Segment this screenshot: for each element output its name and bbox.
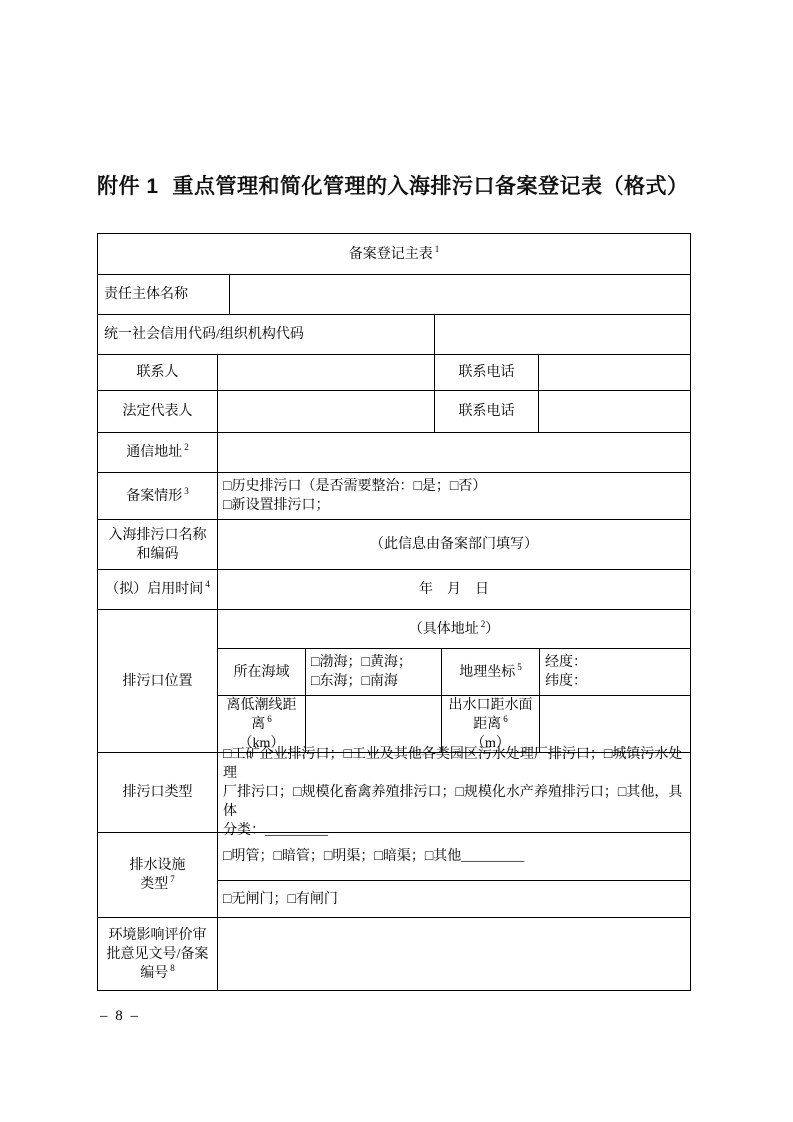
field-start-time: 年 月 日 — [217, 570, 690, 609]
label-legal-phone: 联系电话 — [434, 391, 538, 432]
label-start-time: （拟）启用时间4 — [98, 570, 217, 609]
row-responsible-entity: 责任主体名称 — [98, 274, 690, 314]
page-number: – 8 – — [100, 1008, 691, 1025]
row-drainage-type: 排水设施 类型7 □明管；□暗管；□明渠；□暗渠；□其他_________ □无… — [98, 832, 690, 917]
footnote-ref-4: 4 — [205, 579, 210, 589]
field-sea-area-options: □渤海；□黄海； □东海；□南海 — [305, 649, 441, 695]
label-contact: 联系人 — [98, 355, 217, 390]
label-outlet-type: 排污口类型 — [98, 753, 217, 832]
footnote-ref-6: 6 — [267, 714, 272, 724]
location-address-note: （具体地址2） — [218, 610, 690, 648]
label-filing-situation: 备案情形3 — [98, 473, 217, 519]
field-contact-phone — [538, 355, 690, 390]
row-legal-representative: 法定代表人 联系电话 — [98, 390, 690, 432]
document-page: 附件 1重点管理和简化管理的入海排污口备案登记表（格式） 备案登记主表1 责任主… — [0, 0, 691, 1025]
field-credit-code — [434, 315, 690, 354]
field-eia-number — [217, 918, 690, 990]
drainage-row-pipes: □明管；□暗管；□明渠；□暗渠；□其他_________ — [218, 833, 690, 880]
footnote-ref-5: 5 — [517, 662, 522, 672]
field-drainage-gate: □无闸门；□有闸门 — [218, 881, 690, 918]
label-outlet-location: 排污口位置 — [98, 610, 217, 752]
row-outlet-name: 入海排污口名称 和编码 （此信息由备案部门填写） — [98, 519, 690, 569]
outlet-type-line2: 厂排污口；□规模化畜禽养殖排污口；□规模化水产养殖排污口；□其他，具体 — [223, 783, 685, 821]
label-credit-code: 统一社会信用代码/组织机构代码 — [98, 315, 434, 354]
filing-option-new: □新设置排污口； — [223, 496, 685, 515]
location-sea-row: 所在海域 □渤海；□黄海； □东海；□南海 地理坐标5 经度： 纬度： — [218, 648, 690, 695]
outlet-type-line1: □工矿企业排污口；□工业及其他各类园区污水处理厂排污口；□城镇污水处理 — [223, 745, 685, 783]
footnote-ref-6b: 6 — [503, 714, 508, 724]
footnote-ref-8: 8 — [170, 963, 175, 973]
label-geo-coords: 地理坐标5 — [441, 649, 539, 695]
label-drainage-type: 排水设施 类型7 — [98, 833, 217, 917]
row-table-header: 备案登记主表1 — [98, 234, 690, 274]
label-sea-area: 所在海域 — [218, 649, 305, 695]
footnote-ref-3: 3 — [184, 486, 189, 496]
outlet-location-detail: （具体地址2） 所在海域 □渤海；□黄海； □东海；□南海 地理坐标5 经度： … — [217, 610, 690, 752]
row-credit-code: 统一社会信用代码/组织机构代码 — [98, 314, 690, 354]
row-outlet-type: 排污口类型 □工矿企业排污口；□工业及其他各类园区污水处理厂排污口；□城镇污水处… — [98, 752, 690, 832]
attachment-label: 附件 1 — [97, 175, 159, 198]
drainage-row-gate: □无闸门；□有闸门 — [218, 880, 690, 918]
longitude-label: 经度： — [545, 653, 685, 672]
footnote-ref-2: 2 — [184, 442, 189, 452]
table-header-cell: 备案登记主表1 — [98, 234, 690, 274]
label-contact-phone: 联系电话 — [434, 355, 538, 390]
registration-table: 备案登记主表1 责任主体名称 统一社会信用代码/组织机构代码 联系人 联系电话 … — [97, 233, 691, 991]
location-address-row: （具体地址2） — [218, 610, 690, 648]
latitude-label: 纬度： — [545, 672, 685, 691]
label-eia-number: 环境影响评价审 批意见文号/备案 编号8 — [98, 918, 217, 990]
field-filing-situation: □历史排污口（是否需要整治：□是；□否） □新设置排污口； — [217, 473, 690, 519]
label-responsible-entity: 责任主体名称 — [98, 275, 229, 314]
field-geo-coords: 经度： 纬度： — [539, 649, 690, 695]
row-contact: 联系人 联系电话 — [98, 354, 690, 390]
title-text: 重点管理和简化管理的入海排污口备案登记表（格式） — [173, 175, 689, 198]
row-start-time: （拟）启用时间4 年 月 日 — [98, 569, 690, 609]
row-comm-address: 通信地址2 — [98, 432, 690, 472]
page-title: 附件 1重点管理和简化管理的入海排污口备案登记表（格式） — [97, 170, 691, 200]
footnote-ref-1: 1 — [435, 244, 440, 254]
field-contact — [217, 355, 434, 390]
sea-options-line2: □东海；□南海 — [311, 672, 436, 691]
drainage-type-detail: □明管；□暗管；□明渠；□暗渠；□其他_________ □无闸门；□有闸门 — [217, 833, 690, 917]
filing-option-historical: □历史排污口（是否需要整治：□是；□否） — [223, 477, 685, 496]
field-drainage-pipes: □明管；□暗管；□明渠；□暗渠；□其他_________ — [218, 833, 690, 880]
label-legal-representative: 法定代表人 — [98, 391, 217, 432]
label-comm-address: 通信地址2 — [98, 433, 217, 472]
field-comm-address — [217, 433, 690, 472]
row-filing-situation: 备案情形3 □历史排污口（是否需要整治：□是；□否） □新设置排污口； — [98, 472, 690, 519]
field-outlet-type: □工矿企业排污口；□工业及其他各类园区污水处理厂排污口；□城镇污水处理 厂排污口… — [217, 753, 690, 832]
field-outlet-name: （此信息由备案部门填写） — [217, 520, 690, 569]
footnote-ref-7: 7 — [170, 874, 175, 884]
field-legal-phone — [538, 391, 690, 432]
sea-options-line1: □渤海；□黄海； — [311, 653, 436, 672]
label-outlet-name: 入海排污口名称 和编码 — [98, 520, 217, 569]
row-outlet-location: 排污口位置 （具体地址2） 所在海域 □渤海；□黄海； □东海；□南海 地理坐标… — [98, 609, 690, 752]
table-header-text: 备案登记主表1 — [349, 245, 440, 264]
field-legal-representative — [217, 391, 434, 432]
row-eia-number: 环境影响评价审 批意见文号/备案 编号8 — [98, 917, 690, 990]
field-responsible-entity — [229, 275, 690, 314]
